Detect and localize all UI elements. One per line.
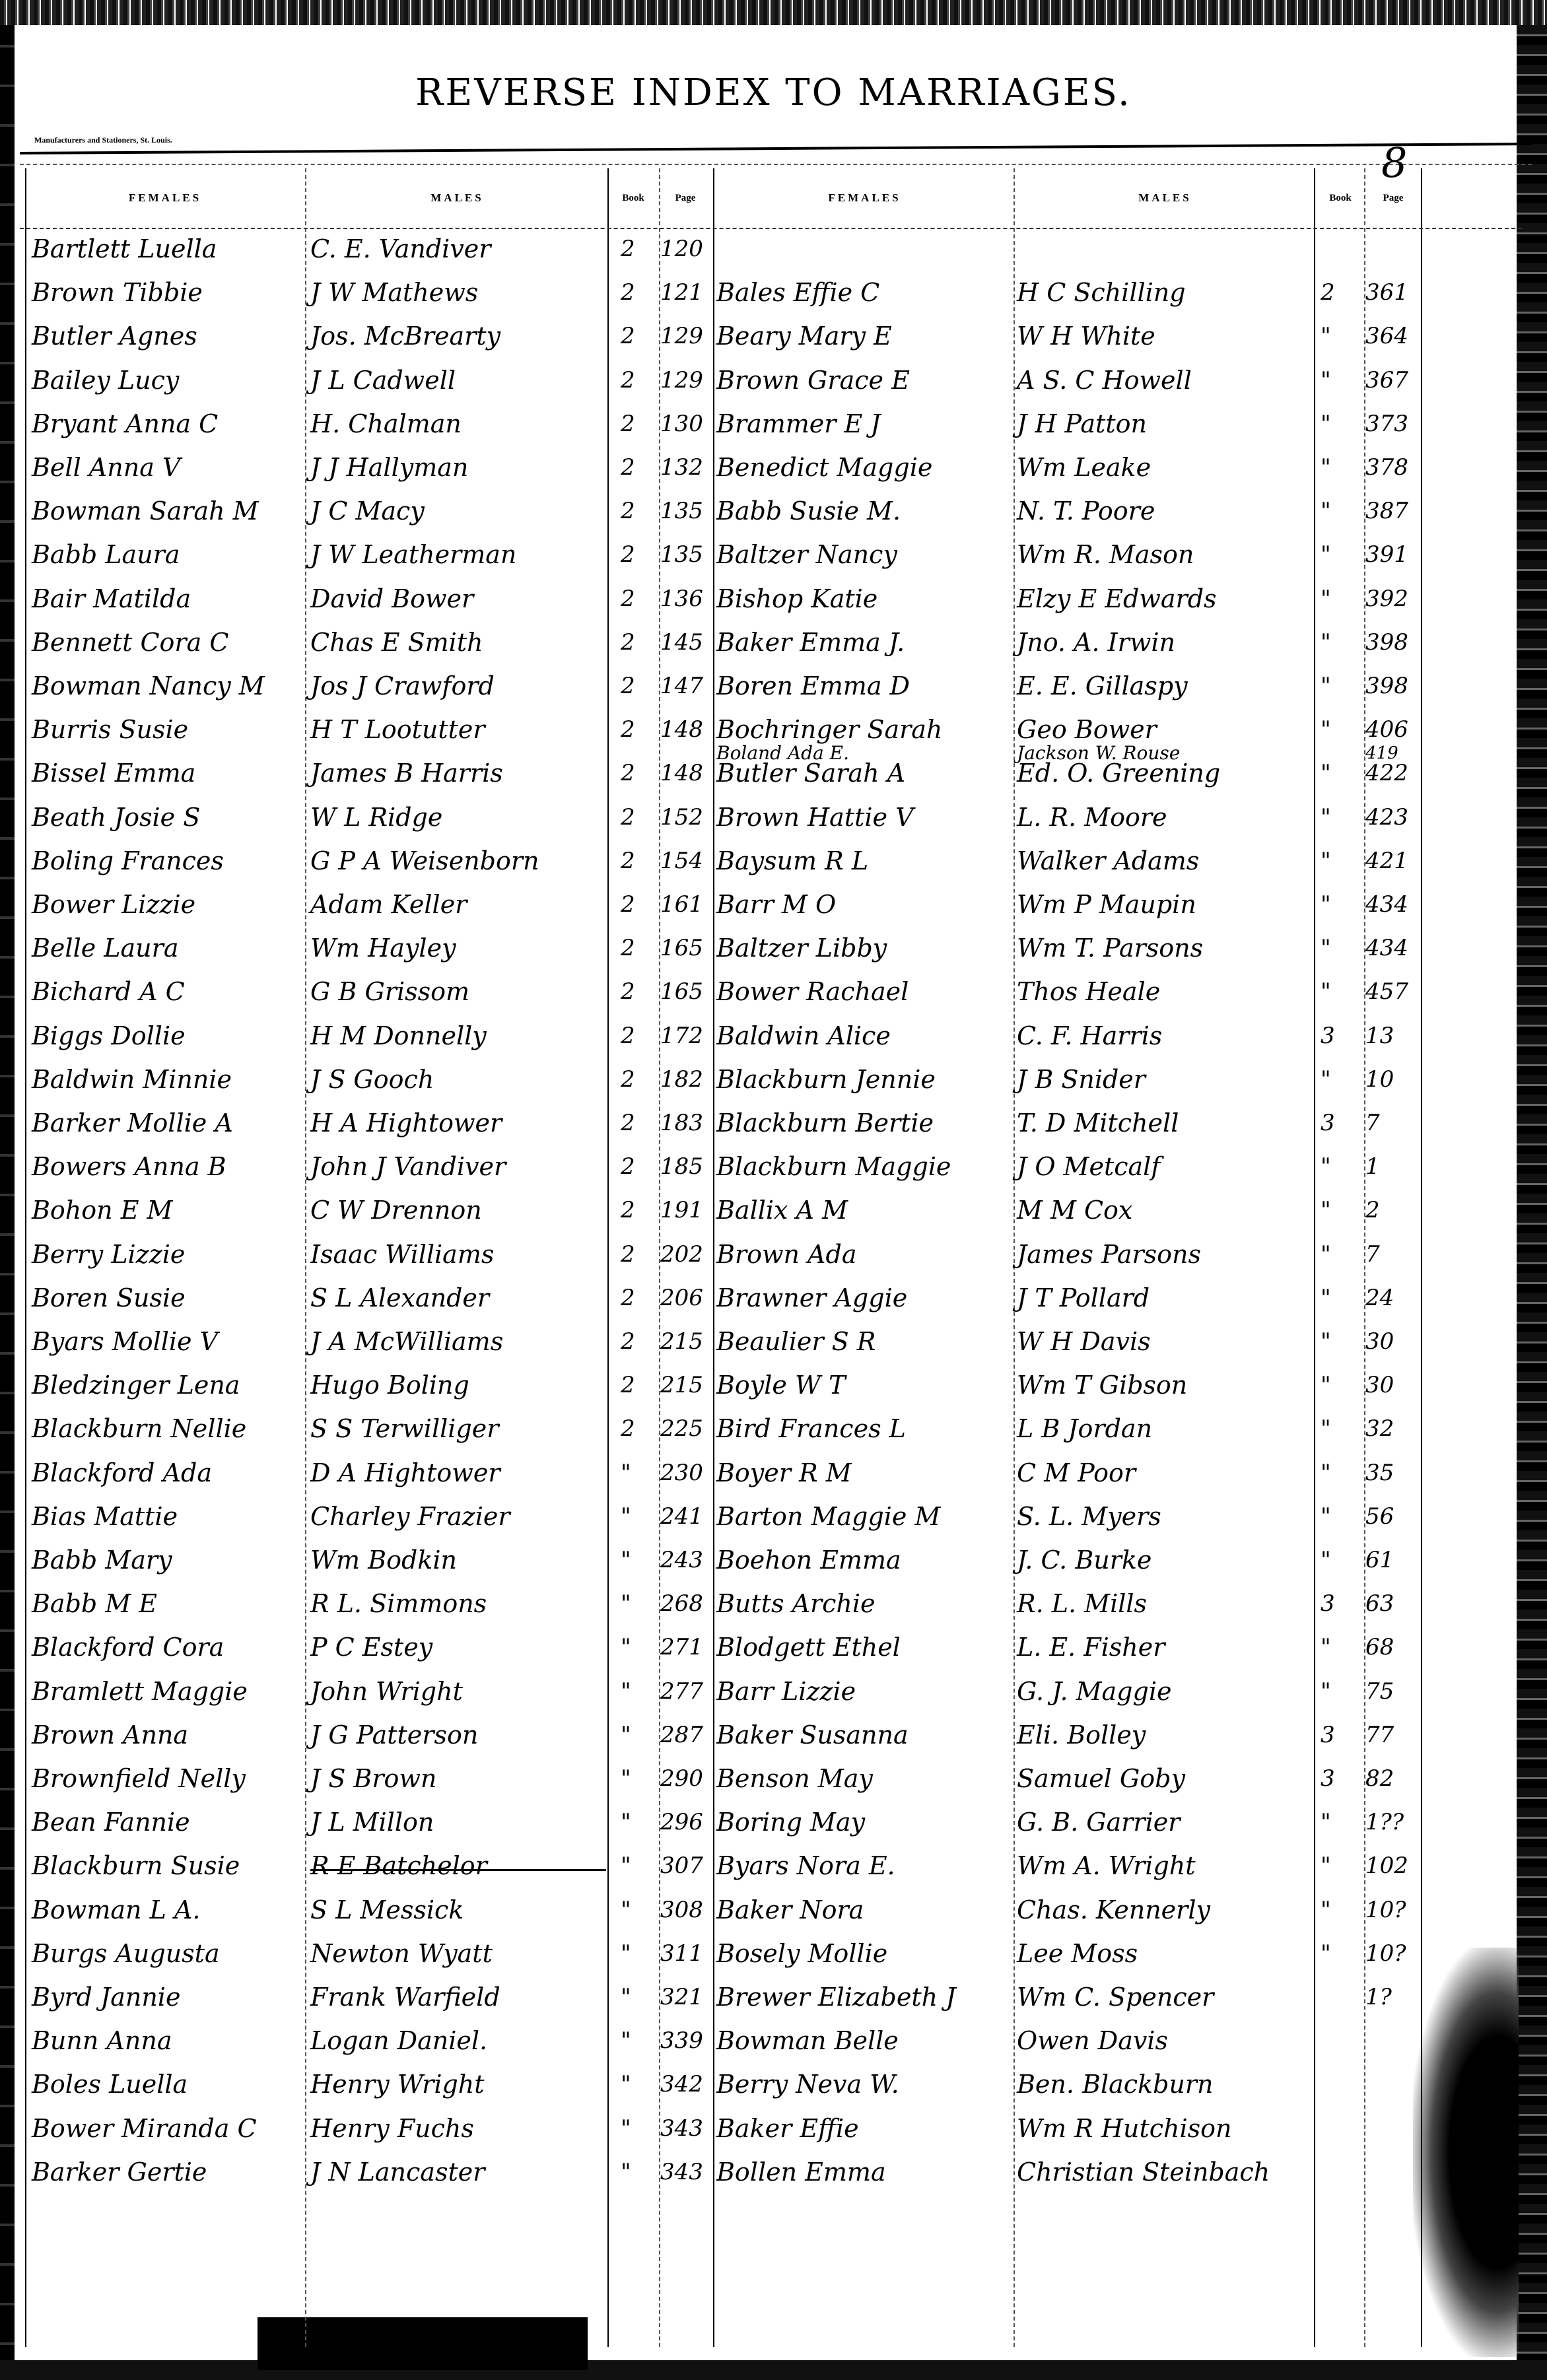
page-number: 7 — [1365, 1238, 1421, 1271]
book-number: " — [1321, 975, 1364, 1008]
book-number: " — [1321, 1631, 1364, 1664]
book-number: " — [1321, 626, 1364, 659]
male-name: Wm T Gibson — [1017, 1369, 1314, 1402]
page-number: 373 — [1365, 407, 1421, 440]
table-row: Ballix A MM M Cox"2 — [0, 1194, 1547, 1227]
table-row: Baltzer LibbyWm T. Parsons"434 — [0, 932, 1547, 965]
page-number: 82 — [1365, 1762, 1421, 1795]
male-name: W H Davis — [1017, 1325, 1314, 1358]
table-row: Blackburn MaggieJ O Metcalf"1 — [0, 1150, 1547, 1183]
male-name: Chas. Kennerly — [1017, 1893, 1314, 1926]
table-row: Brawner AggieJ T Pollard"24 — [0, 1281, 1547, 1314]
page-number: 10 — [1365, 1063, 1421, 1096]
book-number: 3 — [1321, 1019, 1364, 1052]
male-name: H C Schilling — [1017, 276, 1314, 309]
page-number: 32 — [1365, 1412, 1421, 1445]
female-name: Blackburn Maggie — [716, 1150, 1014, 1183]
table-row: Brewer Elizabeth JWm C. Spencer1? — [0, 1981, 1547, 2014]
table-row — [0, 232, 1547, 265]
female-name: Baysum R L — [716, 844, 1014, 877]
page-number: 35 — [1365, 1456, 1421, 1489]
male-name: A S. C Howell — [1017, 364, 1314, 397]
page-number: 10? — [1365, 1893, 1421, 1926]
female-name: Brown Hattie V — [716, 801, 1014, 834]
male-name: Wm R. Mason — [1017, 538, 1314, 571]
female-name: Bollen Emma — [716, 2156, 1014, 2189]
table-row: Blackburn BertieT. D Mitchell37 — [0, 1106, 1547, 1139]
book-number — [1321, 1981, 1364, 2014]
male-name: J H Patton — [1017, 407, 1314, 440]
header-females-left: FEMALES — [26, 168, 304, 228]
female-name: Butts Archie — [716, 1587, 1014, 1620]
book-number: " — [1321, 932, 1364, 965]
table-row: Barton Maggie MS. L. Myers"56 — [0, 1500, 1547, 1533]
female-name: Brawner Aggie — [716, 1281, 1014, 1314]
book-number — [1321, 2068, 1364, 2101]
page-number: 102 — [1365, 1849, 1421, 1882]
female-name: Barr Lizzie — [716, 1675, 1014, 1708]
page-number — [1365, 232, 1421, 265]
male-name-inserted: Jackson W. Rouse — [1017, 737, 1314, 770]
page-number: 423 — [1365, 801, 1421, 834]
page-number: 24 — [1365, 1281, 1421, 1314]
book-number: " — [1321, 888, 1364, 921]
male-name: M M Cox — [1017, 1194, 1314, 1227]
header-rule — [20, 143, 1532, 154]
book-number: " — [1321, 1150, 1364, 1183]
book-number: " — [1321, 1281, 1364, 1314]
book-number: 3 — [1321, 1106, 1364, 1139]
table-row: Boehon EmmaJ. C. Burke"61 — [0, 1544, 1547, 1577]
female-name: Blackburn Bertie — [716, 1106, 1014, 1139]
book-number: " — [1321, 757, 1364, 790]
page-number: 421 — [1365, 844, 1421, 877]
female-name: Bird Frances L — [716, 1412, 1014, 1445]
table-row: Brown AdaJames Parsons"7 — [0, 1238, 1547, 1271]
book-number: " — [1321, 669, 1364, 702]
table-row: Bowman BelleOwen Davis — [0, 2024, 1547, 2057]
table-row: Beaulier S RW H Davis"30 — [0, 1325, 1547, 1358]
page-number: 398 — [1365, 626, 1421, 659]
female-name: Boring May — [716, 1806, 1014, 1839]
table-row: Baker Emma J.Jno. A. Irwin"398 — [0, 626, 1547, 659]
book-number — [1321, 2156, 1364, 2189]
printer-line: Manufacturers and Stationers, St. Louis. — [34, 135, 172, 145]
female-name: Ballix A M — [716, 1194, 1014, 1227]
table-row: Baldwin AliceC. F. Harris313 — [0, 1019, 1547, 1052]
male-name: W H White — [1017, 320, 1314, 353]
page-title: REVERSE INDEX TO MARRIAGES. — [0, 71, 1547, 114]
book-number: " — [1321, 1937, 1364, 1970]
page-number: 361 — [1365, 276, 1421, 309]
book-number: " — [1321, 1063, 1364, 1096]
page-number: 378 — [1365, 451, 1421, 484]
page-number: 367 — [1365, 364, 1421, 397]
table-row: Boyle W TWm T Gibson"30 — [0, 1369, 1547, 1402]
male-name: S. L. Myers — [1017, 1500, 1314, 1533]
table-row: Bales Effie CH C Schilling2361 — [0, 276, 1547, 309]
female-name: Boyle W T — [716, 1369, 1014, 1402]
female-name: Baker Effie — [716, 2112, 1014, 2145]
page-number: 387 — [1365, 494, 1421, 527]
book-number: " — [1321, 1325, 1364, 1358]
table-row: Berry Neva W.Ben. Blackburn — [0, 2068, 1547, 2101]
page-number — [1365, 2156, 1421, 2189]
page-number: 75 — [1365, 1675, 1421, 1708]
table-row: Bishop KatieElzy E Edwards"392 — [0, 582, 1547, 615]
book-number: " — [1321, 320, 1364, 353]
book-number: 3 — [1321, 1762, 1364, 1795]
table-row: Brown Hattie VL. R. Moore"423 — [0, 801, 1547, 834]
table-row: Baker EffieWm R Hutchison — [0, 2112, 1547, 2145]
book-number: " — [1321, 407, 1364, 440]
female-name: Bishop Katie — [716, 582, 1014, 615]
book-number: " — [1321, 1194, 1364, 1227]
book-number — [1321, 232, 1364, 265]
scan-border-top — [0, 0, 1547, 25]
female-name: Brown Grace E — [716, 364, 1014, 397]
male-name: J B Snider — [1017, 1063, 1314, 1096]
table-row: Baker SusannaEli. Bolley377 — [0, 1718, 1547, 1751]
male-name: G. J. Maggie — [1017, 1675, 1314, 1708]
header-page-left: Page — [659, 168, 712, 228]
female-name: Brewer Elizabeth J — [716, 1981, 1014, 2014]
male-name: R. L. Mills — [1017, 1587, 1314, 1620]
table-row: Barr LizzieG. J. Maggie"75 — [0, 1675, 1547, 1708]
table-row: Beary Mary EW H White"364 — [0, 320, 1547, 353]
table-row: Butler Sarah AEd. O. Greening"422Boland … — [0, 757, 1547, 790]
female-name: Bosely Mollie — [716, 1937, 1014, 1970]
female-name: Baltzer Libby — [716, 932, 1014, 965]
table-row: Brammer E JJ H Patton"373 — [0, 407, 1547, 440]
male-name: Wm Leake — [1017, 451, 1314, 484]
male-name: G. B. Garrier — [1017, 1806, 1314, 1839]
page-number: 30 — [1365, 1325, 1421, 1358]
female-name: Boren Emma D — [716, 669, 1014, 702]
female-name: Babb Susie M. — [716, 494, 1014, 527]
female-name: Baker Nora — [716, 1893, 1014, 1926]
book-number: " — [1321, 538, 1364, 571]
female-name: Barr M O — [716, 888, 1014, 921]
book-number: " — [1321, 1893, 1364, 1926]
male-name: Jno. A. Irwin — [1017, 626, 1314, 659]
male-name: Eli. Bolley — [1017, 1718, 1314, 1751]
page-number — [1365, 2024, 1421, 2057]
page-number: 61 — [1365, 1544, 1421, 1577]
female-name: Byars Nora E. — [716, 1849, 1014, 1882]
female-name: Baker Emma J. — [716, 626, 1014, 659]
female-name-inserted: Boland Ada E. — [716, 737, 1014, 770]
male-name: Samuel Goby — [1017, 1762, 1314, 1795]
book-number: " — [1321, 1544, 1364, 1577]
page-number: 2 — [1365, 1194, 1421, 1227]
male-name: N. T. Poore — [1017, 494, 1314, 527]
page-number: 7 — [1365, 1106, 1421, 1139]
page-number: 457 — [1365, 975, 1421, 1008]
male-name: Wm R Hutchison — [1017, 2112, 1314, 2145]
page-number: 68 — [1365, 1631, 1421, 1664]
header-males-right: MALES — [1015, 168, 1315, 228]
book-number: " — [1321, 1500, 1364, 1533]
page-damage-stain — [258, 2317, 588, 2370]
table-row: Blodgett EthelL. E. Fisher"68 — [0, 1631, 1547, 1664]
page-number — [1365, 2068, 1421, 2101]
header-males-left: MALES — [307, 168, 607, 228]
book-number: 3 — [1321, 1718, 1364, 1751]
page-number: 1?? — [1365, 1806, 1421, 1839]
female-name: Boehon Emma — [716, 1544, 1014, 1577]
page-number: 10? — [1365, 1937, 1421, 1970]
male-name: Owen Davis — [1017, 2024, 1314, 2057]
table-row: Butts ArchieR. L. Mills363 — [0, 1587, 1547, 1620]
male-name — [1017, 232, 1314, 265]
female-name: Beary Mary E — [716, 320, 1014, 353]
male-name: Lee Moss — [1017, 1937, 1314, 1970]
page-number: 13 — [1365, 1019, 1421, 1052]
table-row: Benedict MaggieWm Leake"378 — [0, 451, 1547, 484]
header-divider — [20, 228, 1522, 231]
book-number: " — [1321, 1675, 1364, 1708]
page-number: 391 — [1365, 538, 1421, 571]
page-number: 1 — [1365, 1150, 1421, 1183]
book-number: " — [1321, 1849, 1364, 1882]
table-row: Bollen EmmaChristian Steinbach — [0, 2156, 1547, 2189]
page-number: 392 — [1365, 582, 1421, 615]
female-name: Baldwin Alice — [716, 1019, 1014, 1052]
male-name: L. E. Fisher — [1017, 1631, 1314, 1664]
book-number — [1321, 2112, 1364, 2145]
female-name: Benson May — [716, 1762, 1014, 1795]
header-book-left: Book — [607, 168, 659, 228]
book-number: 3 — [1321, 1587, 1364, 1620]
page-number: 1? — [1365, 1981, 1421, 2014]
page-number: 30 — [1365, 1369, 1421, 1402]
page-number: 434 — [1365, 888, 1421, 921]
female-name: Brammer E J — [716, 407, 1014, 440]
male-name: J T Pollard — [1017, 1281, 1314, 1314]
book-number: " — [1321, 713, 1364, 746]
female-name: Berry Neva W. — [716, 2068, 1014, 2101]
male-name: Wm A. Wright — [1017, 1849, 1314, 1882]
book-number: " — [1321, 364, 1364, 397]
book-number: " — [1321, 1238, 1364, 1271]
header-rule-dashed — [20, 164, 1532, 166]
page-number: 77 — [1365, 1718, 1421, 1751]
table-row: Boren Emma DE. E. Gillaspy"398 — [0, 669, 1547, 702]
book-number: " — [1321, 451, 1364, 484]
header-book-right: Book — [1315, 168, 1365, 228]
scan-border-bottom — [0, 2360, 1547, 2380]
table-row: Baysum R LWalker Adams"421 — [0, 844, 1547, 877]
header-females-right: FEMALES — [714, 168, 1015, 228]
table-row: Babb Susie M.N. T. Poore"387 — [0, 494, 1547, 527]
page-number-inserted: 419 — [1365, 737, 1421, 770]
book-number: " — [1321, 1369, 1364, 1402]
page-number: 364 — [1365, 320, 1421, 353]
male-name: J. C. Burke — [1017, 1544, 1314, 1577]
book-number: " — [1321, 1412, 1364, 1445]
male-name: T. D Mitchell — [1017, 1106, 1314, 1139]
female-name — [716, 232, 1014, 265]
book-number: 2 — [1321, 276, 1364, 309]
female-name: Bales Effie C — [716, 276, 1014, 309]
female-name: Baltzer Nancy — [716, 538, 1014, 571]
table-row: Baltzer NancyWm R. Mason"391 — [0, 538, 1547, 571]
male-name: Wm T. Parsons — [1017, 932, 1314, 965]
table-row: Bird Frances LL B Jordan"32 — [0, 1412, 1547, 1445]
table-row: Bosely MollieLee Moss"10? — [0, 1937, 1547, 1970]
book-number: " — [1321, 1456, 1364, 1489]
female-name: Brown Ada — [716, 1238, 1014, 1271]
book-number — [1321, 2024, 1364, 2057]
page-number: 434 — [1365, 932, 1421, 965]
female-name: Boyer R M — [716, 1456, 1014, 1489]
male-name: Christian Steinbach — [1017, 2156, 1314, 2189]
male-name: Walker Adams — [1017, 844, 1314, 877]
female-name: Benedict Maggie — [716, 451, 1014, 484]
table-row: Boyer R MC M Poor"35 — [0, 1456, 1547, 1489]
male-name: L B Jordan — [1017, 1412, 1314, 1445]
page-number: 398 — [1365, 669, 1421, 702]
book-number: " — [1321, 494, 1364, 527]
male-name: Wm P Maupin — [1017, 888, 1314, 921]
female-name: Blodgett Ethel — [716, 1631, 1014, 1664]
header-page-right: Page — [1365, 168, 1421, 228]
female-name: Barton Maggie M — [716, 1500, 1014, 1533]
female-name: Bowman Belle — [716, 2024, 1014, 2057]
table-row: Barr M OWm P Maupin"434 — [0, 888, 1547, 921]
table-row: Byars Nora E.Wm A. Wright"102 — [0, 1849, 1547, 1882]
book-number: " — [1321, 801, 1364, 834]
male-name: C. F. Harris — [1017, 1019, 1314, 1052]
male-name: Elzy E Edwards — [1017, 582, 1314, 615]
page-number — [1365, 2112, 1421, 2145]
book-number: " — [1321, 844, 1364, 877]
female-name: Bower Rachael — [716, 975, 1014, 1008]
female-name: Blackburn Jennie — [716, 1063, 1014, 1096]
table-row: Baker NoraChas. Kennerly"10? — [0, 1893, 1547, 1926]
male-name: James Parsons — [1017, 1238, 1314, 1271]
table-row: Brown Grace EA S. C Howell"367 — [0, 364, 1547, 397]
male-name: Wm C. Spencer — [1017, 1981, 1314, 2014]
table-row: Bower RachaelThos Heale"457 — [0, 975, 1547, 1008]
table-row: Boring MayG. B. Garrier"1?? — [0, 1806, 1547, 1839]
page-number: 56 — [1365, 1500, 1421, 1533]
female-name: Beaulier S R — [716, 1325, 1014, 1358]
table-row: Benson MaySamuel Goby382 — [0, 1762, 1547, 1795]
female-name: Baker Susanna — [716, 1718, 1014, 1751]
male-name: J O Metcalf — [1017, 1150, 1314, 1183]
male-name: E. E. Gillaspy — [1017, 669, 1314, 702]
male-name: L. R. Moore — [1017, 801, 1314, 834]
male-name: C M Poor — [1017, 1456, 1314, 1489]
male-name: Thos Heale — [1017, 975, 1314, 1008]
page-number: 63 — [1365, 1587, 1421, 1620]
book-number: " — [1321, 1806, 1364, 1839]
table-row: Blackburn JennieJ B Snider"10 — [0, 1063, 1547, 1096]
male-name: Ben. Blackburn — [1017, 2068, 1314, 2101]
book-number: " — [1321, 582, 1364, 615]
